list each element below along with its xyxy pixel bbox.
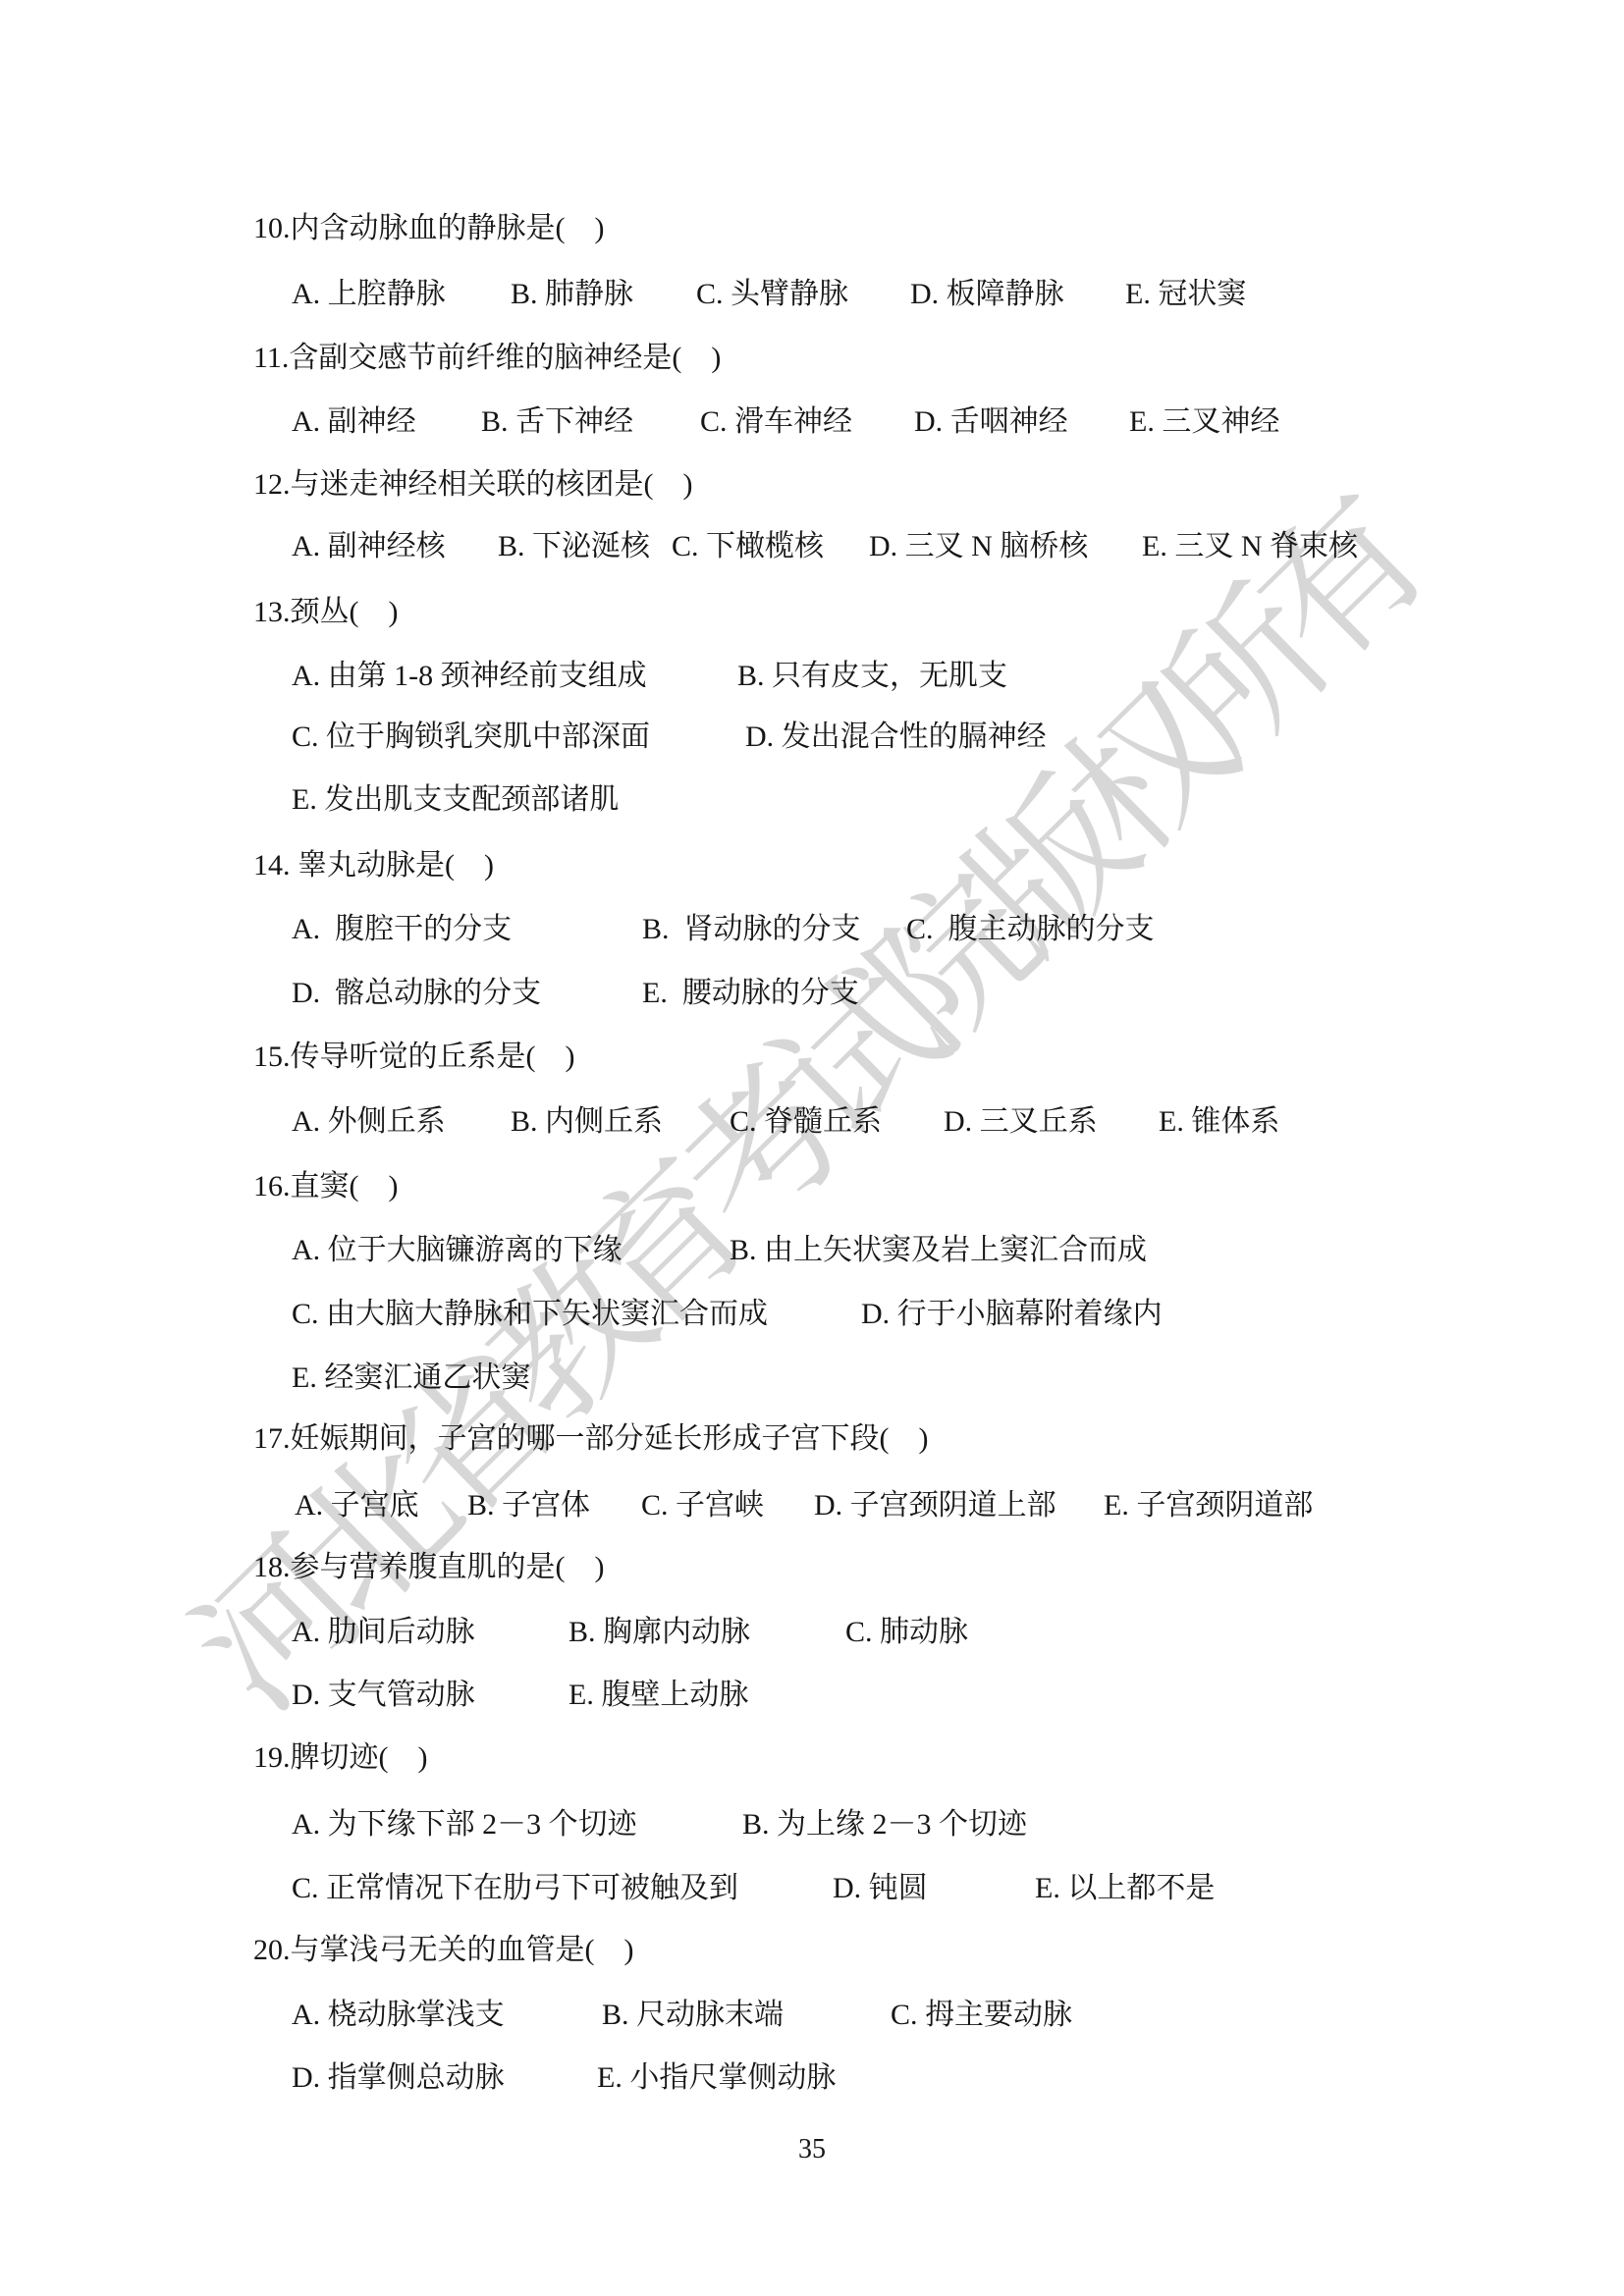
q17-option-e: E. 子宫颈阴道部 [1104, 1474, 1313, 1537]
q18-option-c: C. 肺动脉 [845, 1601, 968, 1664]
q18-stem: 18.参与营养腹直肌的是( ) [253, 1536, 604, 1599]
question-20: 20.与掌浅弓无关的血管是( ) [0, 1919, 1624, 1982]
q10-option-d: D. 板障静脉 [910, 263, 1064, 326]
q11-option-b: B. 舌下神经 [481, 391, 633, 454]
q17-option-d: D. 子宫颈阴道上部 [814, 1474, 1056, 1537]
q13-options-row-2: C. 位于胸锁乳突肌中部深面 D. 发出混合性的膈神经 [0, 706, 1624, 769]
q13-option-d: D. 发出混合性的膈神经 [745, 706, 1047, 769]
q20-option-d: D. 指掌侧总动脉 [292, 2047, 505, 2109]
q11-option-c: C. 滑车神经 [700, 391, 852, 454]
q20-options-row-2: D. 指掌侧总动脉 E. 小指尺掌侧动脉 [0, 2047, 1624, 2109]
q17-option-c: C. 子宫峡 [641, 1474, 764, 1537]
q13-options-row-1: A. 由第 1-8 颈神经前支组成 B. 只有皮支，无肌支 [0, 645, 1624, 708]
question-15: 15.传导听觉的丘系是( ) [0, 1026, 1624, 1089]
q14-option-d: D. 髂总动脉的分支 [292, 962, 541, 1025]
q11-option-d: D. 舌咽神经 [914, 391, 1068, 454]
q15-option-b: B. 内侧丘系 [511, 1091, 663, 1153]
q14-options-row-1: A. 腹腔干的分支 B. 肾动脉的分支 C. 腹主动脉的分支 [0, 898, 1624, 961]
q15-stem: 15.传导听觉的丘系是( ) [253, 1026, 574, 1089]
q16-option-d: D. 行于小脑幕附着缘内 [861, 1283, 1163, 1346]
q16-options-row-2: C. 由大脑大静脉和下矢状窦汇合而成 D. 行于小脑幕附着缘内 [0, 1283, 1624, 1346]
q14-option-e: E. 腰动脉的分支 [642, 962, 859, 1025]
q11-options: A. 副神经 B. 舌下神经 C. 滑车神经 D. 舌咽神经 E. 三叉神经 [0, 391, 1624, 454]
q14-stem: 14. 睾丸动脉是( ) [253, 834, 494, 897]
question-11: 11.含副交感节前纤维的脑神经是( ) [0, 327, 1624, 390]
q19-options-row-2: C. 正常情况下在肋弓下可被触及到 D. 钝圆 E. 以上都不是 [0, 1857, 1624, 1920]
q19-option-e: E. 以上都不是 [1035, 1857, 1215, 1920]
question-16: 16.直窦( ) [0, 1155, 1624, 1218]
q16-stem: 16.直窦( ) [253, 1155, 398, 1218]
q13-option-e: E. 发出肌支支配颈部诸肌 [292, 769, 619, 831]
q18-option-b: B. 胸廓内动脉 [568, 1601, 750, 1664]
q12-option-b: B. 下泌涎核 [498, 515, 650, 578]
q12-option-a: A. 副神经核 [292, 515, 446, 578]
q19-option-d: D. 钝圆 [833, 1857, 928, 1920]
q19-stem: 19.脾切迹( ) [253, 1727, 427, 1789]
q14-option-c: C. 腹主动脉的分支 [906, 898, 1155, 961]
q14-option-a: A. 腹腔干的分支 [292, 898, 512, 961]
q15-options: A. 外侧丘系 B. 内侧丘系 C. 脊髓丘系 D. 三叉丘系 E. 锥体系 [0, 1091, 1624, 1153]
q10-option-c: C. 头臂静脉 [696, 263, 848, 326]
question-13: 13.颈丛( ) [0, 581, 1624, 644]
q10-option-b: B. 肺静脉 [511, 263, 633, 326]
question-17: 17.妊娠期间，子宫的哪一部分延长形成子宫下段( ) [0, 1408, 1624, 1470]
q19-option-a: A. 为下缘下部 2－3 个切迹 [292, 1793, 637, 1856]
q20-option-c: C. 拇主要动脉 [891, 1984, 1072, 2047]
question-14: 14. 睾丸动脉是( ) [0, 834, 1624, 897]
q13-option-c: C. 位于胸锁乳突肌中部深面 [292, 706, 650, 769]
q16-options-row-1: A. 位于大脑镰游离的下缘 B. 由上矢状窦及岩上窦汇合而成 [0, 1219, 1624, 1282]
q18-option-d: D. 支气管动脉 [292, 1664, 475, 1727]
q12-option-d: D. 三叉 N 脑桥核 [869, 515, 1088, 578]
q20-option-b: B. 尺动脉末端 [602, 1984, 784, 2047]
question-12: 12.与迷走神经相关联的核团是( ) [0, 454, 1624, 516]
q15-option-e: E. 锥体系 [1159, 1091, 1279, 1153]
question-10: 10.内含动脉血的静脉是( ) [0, 197, 1624, 260]
q14-option-b: B. 肾动脉的分支 [642, 898, 861, 961]
q16-option-c: C. 由大脑大静脉和下矢状窦汇合而成 [292, 1283, 768, 1346]
exam-page: 河北省教育考试院版权所有 10.内含动脉血的静脉是( ) A. 上腔静脉 B. … [0, 0, 1624, 2296]
q20-option-a: A. 桡动脉掌浅支 [292, 1984, 505, 2047]
q12-options: A. 副神经核 B. 下泌涎核 C. 下橄榄核 D. 三叉 N 脑桥核 E. 三… [0, 515, 1624, 578]
q16-options-row-3: E. 经窦汇通乙状窦 [0, 1347, 1624, 1410]
q11-option-e: E. 三叉神经 [1129, 391, 1279, 454]
page-number: 35 [0, 2118, 1624, 2181]
q10-stem: 10.内含动脉血的静脉是( ) [253, 197, 604, 260]
q15-option-c: C. 脊髓丘系 [730, 1091, 882, 1153]
q16-option-a: A. 位于大脑镰游离的下缘 [292, 1219, 623, 1282]
question-19: 19.脾切迹( ) [0, 1727, 1624, 1789]
q19-option-c: C. 正常情况下在肋弓下可被触及到 [292, 1857, 738, 1920]
q20-option-e: E. 小指尺掌侧动脉 [597, 2047, 836, 2109]
q10-option-a: A. 上腔静脉 [292, 263, 446, 326]
q17-stem: 17.妊娠期间，子宫的哪一部分延长形成子宫下段( ) [253, 1408, 928, 1470]
q18-option-a: A. 肋间后动脉 [292, 1601, 475, 1664]
q12-stem: 12.与迷走神经相关联的核团是( ) [253, 454, 692, 516]
q18-options-row-2: D. 支气管动脉 E. 腹壁上动脉 [0, 1664, 1624, 1727]
q11-option-a: A. 副神经 [292, 391, 416, 454]
q13-option-a: A. 由第 1-8 颈神经前支组成 [292, 645, 647, 708]
q12-option-c: C. 下橄榄核 [672, 515, 824, 578]
q20-options-row-1: A. 桡动脉掌浅支 B. 尺动脉末端 C. 拇主要动脉 [0, 1984, 1624, 2047]
q17-option-a: A. 子宫底 [295, 1474, 419, 1537]
q19-options-row-1: A. 为下缘下部 2－3 个切迹 B. 为上缘 2－3 个切迹 [0, 1793, 1624, 1856]
q10-option-e: E. 冠状窦 [1125, 263, 1246, 326]
q15-option-d: D. 三叉丘系 [944, 1091, 1098, 1153]
q10-options: A. 上腔静脉 B. 肺静脉 C. 头臂静脉 D. 板障静脉 E. 冠状窦 [0, 263, 1624, 326]
q12-option-e: E. 三叉 N 脊束核 [1142, 515, 1358, 578]
q18-options-row-1: A. 肋间后动脉 B. 胸廓内动脉 C. 肺动脉 [0, 1601, 1624, 1664]
q13-option-b: B. 只有皮支，无肌支 [737, 645, 1007, 708]
q17-options: A. 子宫底 B. 子宫体 C. 子宫峡 D. 子宫颈阴道上部 E. 子宫颈阴道… [0, 1474, 1624, 1537]
q20-stem: 20.与掌浅弓无关的血管是( ) [253, 1919, 633, 1982]
question-18: 18.参与营养腹直肌的是( ) [0, 1536, 1624, 1599]
q11-stem: 11.含副交感节前纤维的脑神经是( ) [253, 327, 721, 390]
q16-option-b: B. 由上矢状窦及岩上窦汇合而成 [730, 1219, 1147, 1282]
q13-stem: 13.颈丛( ) [253, 581, 398, 644]
q18-option-e: E. 腹壁上动脉 [568, 1664, 748, 1727]
q14-options-row-2: D. 髂总动脉的分支 E. 腰动脉的分支 [0, 962, 1624, 1025]
q15-option-a: A. 外侧丘系 [292, 1091, 446, 1153]
q13-options-row-3: E. 发出肌支支配颈部诸肌 [0, 769, 1624, 831]
q17-option-b: B. 子宫体 [467, 1474, 590, 1537]
q19-option-b: B. 为上缘 2－3 个切迹 [742, 1793, 1027, 1856]
q16-option-e: E. 经窦汇通乙状窦 [292, 1347, 530, 1410]
